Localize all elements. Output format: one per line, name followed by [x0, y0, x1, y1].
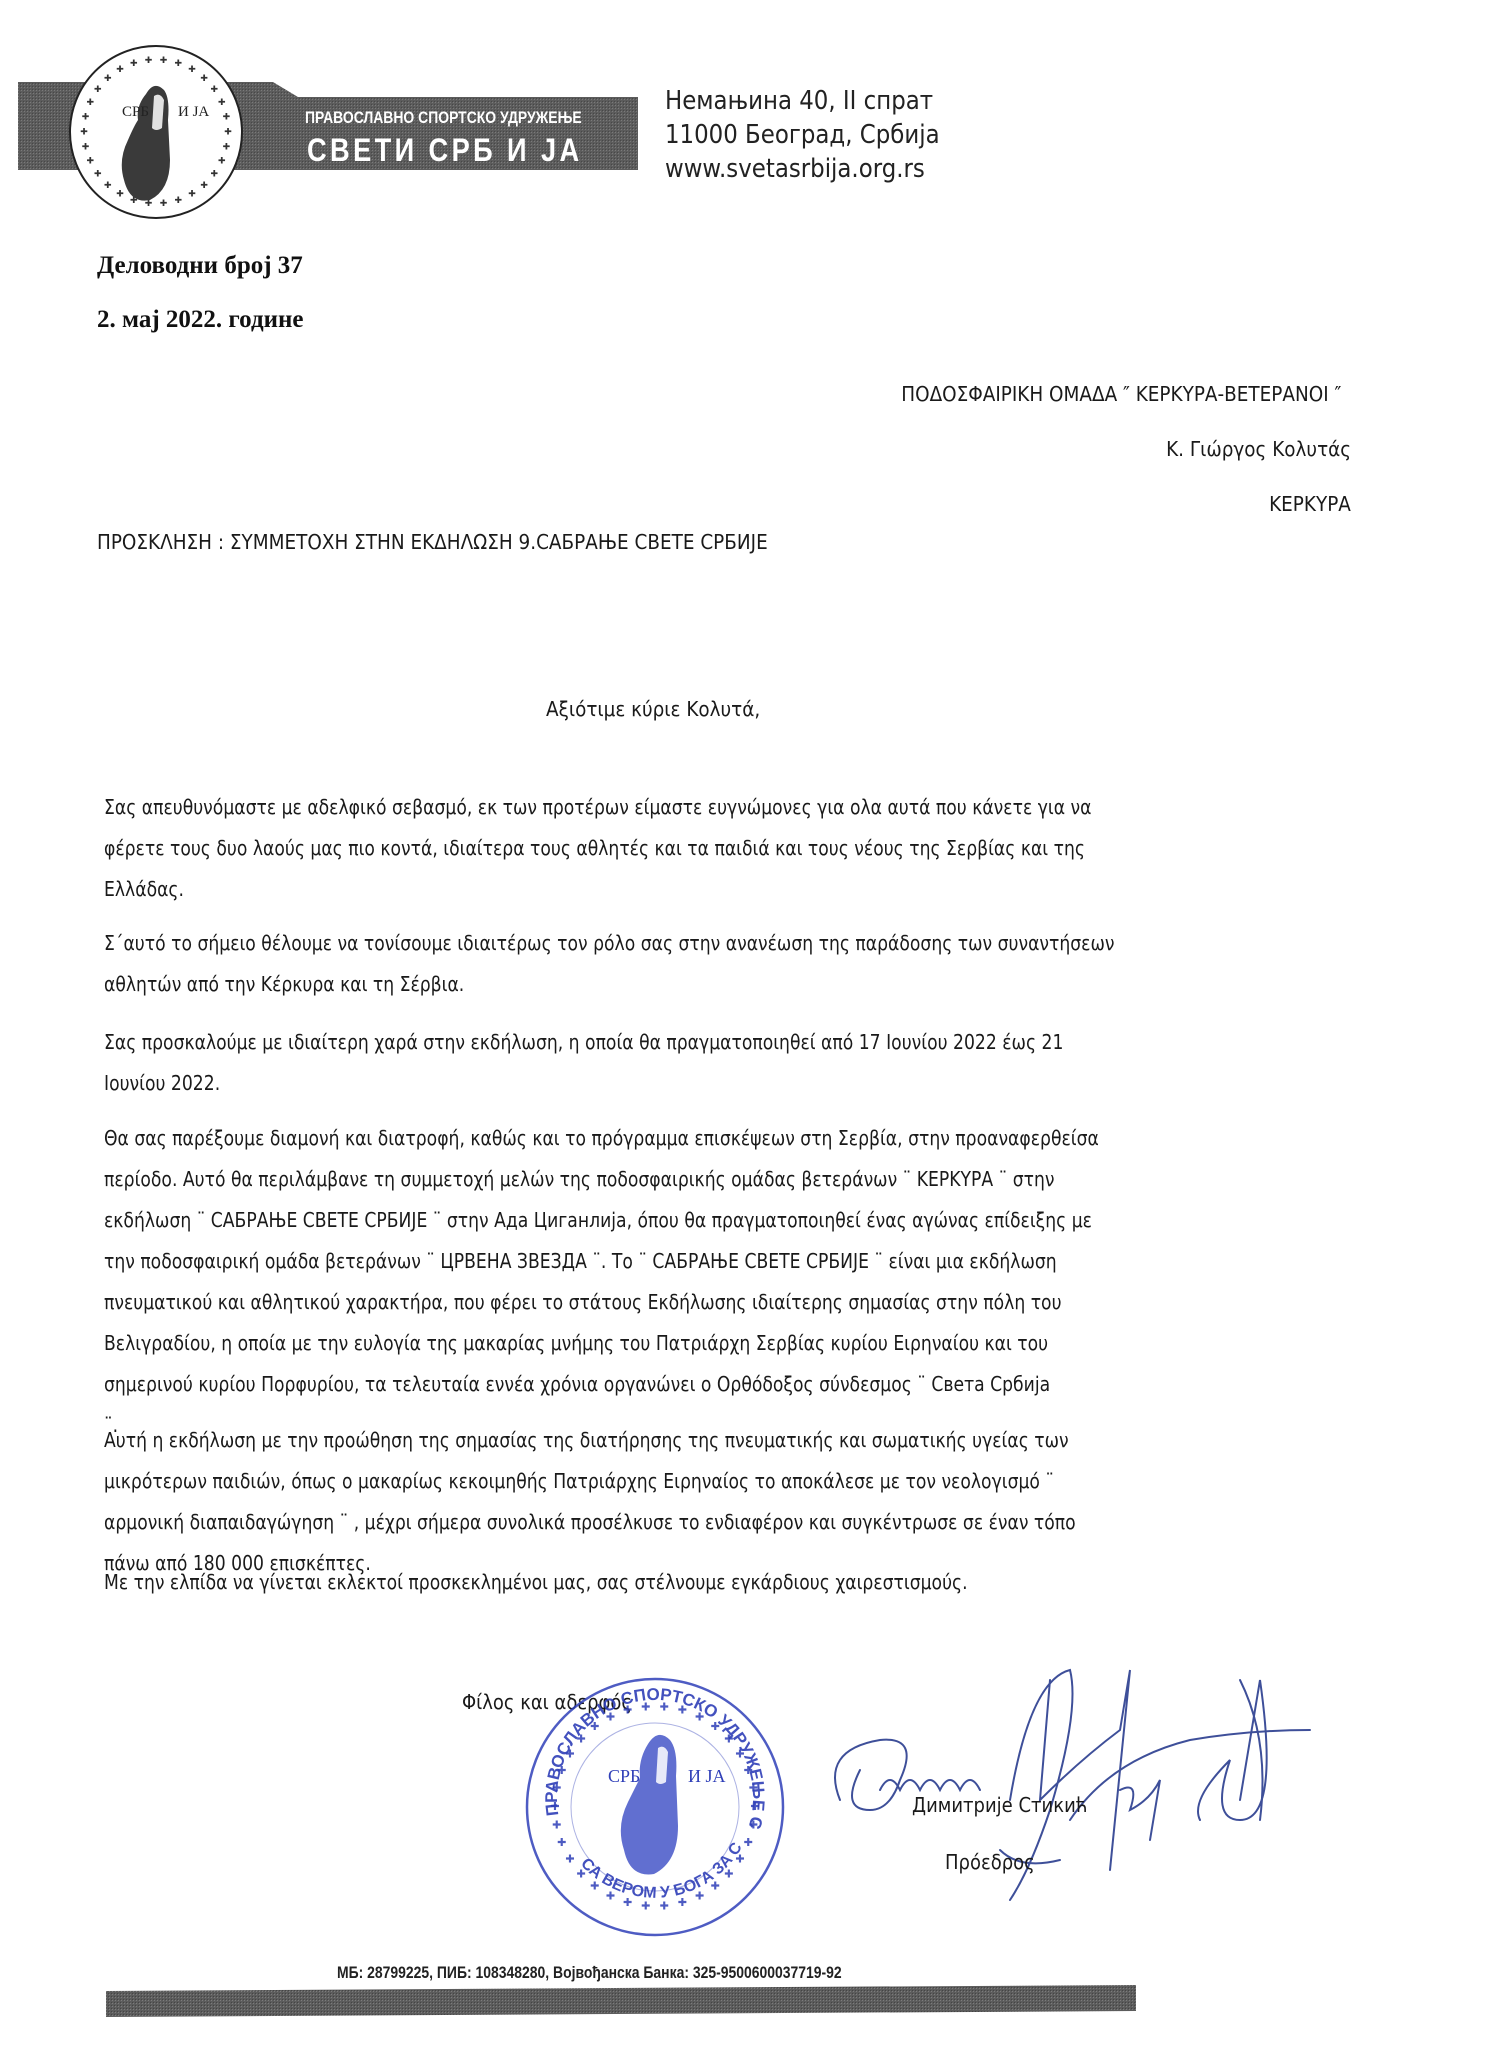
svg-text:✚: ✚ — [744, 1765, 753, 1777]
footer-bar — [106, 1985, 1136, 2017]
svg-text:✚: ✚ — [749, 1819, 758, 1831]
website-link[interactable]: www.svetasrbija.org.rs — [665, 154, 925, 184]
svg-text:✚: ✚ — [590, 1881, 599, 1893]
stamp-right-text: И ЈА — [688, 1766, 726, 1786]
body-paragraph: Σας προσκαλούμε με ιδιαίτερη χαρά στην ε… — [104, 1022, 1404, 1104]
logo-right-text: И ЈА — [178, 104, 209, 120]
body-paragraph: Με την ελπίδα να γίνεται εκλεκτοί προσκε… — [104, 1562, 1404, 1603]
svg-text:✚: ✚ — [576, 1734, 585, 1746]
letterhead: ПРАВОСЛАВНО СПОРТСКО УДРУЖЕЊЕ СВЕТИ СРБ … — [0, 0, 1491, 230]
paragraph-line: περίοδο. Αυτό θα περιλάμβανε τη συμμετοχ… — [104, 1159, 1222, 1200]
signature-icon — [820, 1650, 1320, 1910]
svg-text:✚: ✚ — [550, 1801, 559, 1813]
svg-text:✚: ✚ — [200, 73, 208, 83]
svg-text:✚: ✚ — [606, 1890, 615, 1902]
paragraph-line: πνευματικού και αθλητικού χαρακτήρα, που… — [104, 1282, 1222, 1323]
svg-text:✚: ✚ — [200, 180, 208, 190]
svg-text:✚: ✚ — [174, 195, 182, 205]
svg-text:✚: ✚ — [94, 84, 102, 94]
org-name: СВЕТИ СРБ И ЈА — [307, 132, 583, 169]
svg-text:✚: ✚ — [590, 1721, 599, 1733]
paragraph-line: Βελιγραδίου, η οποία με την ευλογία της … — [104, 1323, 1222, 1364]
paragraph-line: αθλητών από την Κέρκυρα και τη Σέρβια. — [104, 964, 1222, 1005]
svg-text:✚: ✚ — [641, 1900, 650, 1912]
svg-text:✚: ✚ — [116, 64, 124, 74]
svg-text:✚: ✚ — [104, 180, 112, 190]
svg-text:✚: ✚ — [735, 1854, 744, 1866]
svg-text:✚: ✚ — [552, 1783, 561, 1795]
paragraph-line: Ελλάδας. — [104, 869, 1222, 910]
svg-text:✚: ✚ — [695, 1890, 704, 1902]
paragraph-line: Ιουνίου 2022. — [104, 1063, 1222, 1104]
paragraph-line: μικρότερων παιδιών, όπως ο μακαρίως κεκο… — [104, 1461, 1222, 1502]
svg-text:✚: ✚ — [104, 73, 112, 83]
paragraph-line: Αυτή η εκδήλωση με την προώθηση της σημα… — [104, 1420, 1222, 1461]
svg-text:✚: ✚ — [724, 1868, 733, 1880]
svg-text:✚: ✚ — [174, 58, 182, 68]
svg-text:✚: ✚ — [660, 1900, 669, 1912]
svg-text:✚: ✚ — [576, 1868, 585, 1880]
svg-text:✚: ✚ — [724, 1734, 733, 1746]
svg-text:✚: ✚ — [678, 1705, 687, 1717]
svg-text:✚: ✚ — [744, 1837, 753, 1849]
svg-text:✚: ✚ — [82, 141, 90, 151]
address-city: 11000 Београд, Србија — [665, 120, 940, 150]
svg-text:✚: ✚ — [606, 1711, 615, 1723]
svg-text:✚: ✚ — [80, 126, 88, 136]
svg-text:✚: ✚ — [86, 97, 94, 107]
recipient-person: Κ. Γιώργος Κολυτάς — [1166, 437, 1351, 461]
svg-text:✚: ✚ — [218, 97, 226, 107]
svg-text:✚: ✚ — [94, 169, 102, 179]
svg-text:✚: ✚ — [223, 141, 231, 151]
svg-text:✚: ✚ — [86, 156, 94, 166]
svg-text:✚: ✚ — [735, 1748, 744, 1760]
svg-text:✚: ✚ — [660, 1701, 669, 1713]
svg-text:✚: ✚ — [218, 156, 226, 166]
paragraph-line: Σ΄αυτό το σήμειο θέλουμε να τονίσουμε ιδ… — [104, 923, 1222, 964]
paragraph-line: φέρετε τους δυο λαούς μας πιο κοντά, ιδι… — [104, 828, 1222, 869]
paragraph-line: Σας απευθυνόμαστε με αδελφικό σεβασμό, ε… — [104, 787, 1222, 828]
svg-text:✚: ✚ — [160, 55, 168, 65]
svg-text:✚: ✚ — [160, 198, 168, 208]
svg-text:✚: ✚ — [210, 84, 218, 94]
svg-text:✚: ✚ — [749, 1783, 758, 1795]
svg-text:✚: ✚ — [82, 111, 90, 121]
reference-date: 2. мај 2022. године — [97, 306, 304, 334]
body-paragraph: Αυτή η εκδήλωση με την προώθηση της σημα… — [104, 1420, 1404, 1584]
body-paragraph: Σ΄αυτό το σήμειο θέλουμε να τονίσουμε ιδ… — [104, 923, 1404, 1005]
svg-text:✚: ✚ — [130, 58, 138, 68]
logo-emblem-icon: ✚✚✚✚✚✚✚✚✚✚✚✚✚✚✚✚✚✚✚✚✚✚✚✚✚✚✚✚✚✚ СРБ И ЈА — [68, 44, 244, 220]
svg-text:✚: ✚ — [552, 1819, 561, 1831]
body-paragraph: Σας απευθυνόμαστε με αδελφικό σεβασμό, ε… — [104, 787, 1404, 910]
signer-name: Димитрије Стикић — [912, 1793, 1088, 1817]
recipient-city: ΚΕΡΚΥΡΑ — [1269, 492, 1351, 516]
org-subtitle: ПРАВОСЛАВНО СПОРТСКО УДРУЖЕЊЕ — [305, 108, 582, 128]
svg-text:✚: ✚ — [565, 1854, 574, 1866]
paragraph-line: αρμονική διαπαιδαγώγηση ¨ , μέχρι σήμερα… — [104, 1502, 1222, 1543]
svg-text:✚: ✚ — [695, 1711, 704, 1723]
paragraph-line: Σας προσκαλούμε με ιδιαίτερη χαρά στην ε… — [104, 1022, 1222, 1063]
svg-text:✚: ✚ — [711, 1881, 720, 1893]
paragraph-line: την ποδοσφαιρική ομάδα βετεράνων ¨ ЦРВЕН… — [104, 1241, 1222, 1282]
svg-text:✚: ✚ — [623, 1897, 632, 1909]
svg-text:✚: ✚ — [750, 1801, 759, 1813]
official-stamp-icon: ПРАВОСЛАВНО СПОРТСКО УДРУЖЕЊЕ СВЕТИ СРБ … — [520, 1672, 790, 1942]
body-paragraph: Θα σας παρέξουμε διαμονή και διατροφή, κ… — [104, 1118, 1404, 1446]
stamp-left-text: СРБ — [608, 1766, 640, 1786]
svg-text:✚: ✚ — [145, 55, 153, 65]
paragraph-line: Με την ελπίδα να γίνεται εκλεκτοί προσκε… — [104, 1562, 1222, 1603]
svg-text:✚: ✚ — [678, 1897, 687, 1909]
svg-text:✚: ✚ — [623, 1705, 632, 1717]
reference-number: Деловодни број 37 — [97, 252, 303, 280]
paragraph-line: Θα σας παρέξουμε διαμονή και διατροφή, κ… — [104, 1118, 1222, 1159]
svg-text:✚: ✚ — [711, 1721, 720, 1733]
salutation: Αξιότιμε κύριε Κολυτά, — [546, 697, 760, 721]
address-street: Немањина 40, II спрат — [665, 86, 933, 116]
svg-text:✚: ✚ — [210, 169, 218, 179]
logo-left-text: СРБ — [122, 104, 149, 120]
svg-text:✚: ✚ — [188, 189, 196, 199]
paragraph-line: εκδήλωση ¨ САБРАЊЕ СВЕТЕ СРБИЈЕ ¨ στην А… — [104, 1200, 1222, 1241]
svg-text:✚: ✚ — [188, 64, 196, 74]
svg-text:✚: ✚ — [557, 1765, 566, 1777]
subject-line: ΠΡΟΣΚΛΗΣΗ : ΣΥΜΜΕΤΟΧΗ ΣΤΗΝ ΕΚΔΗΛΩΣΗ 9.СА… — [97, 530, 768, 554]
svg-text:✚: ✚ — [116, 189, 124, 199]
svg-text:✚: ✚ — [641, 1701, 650, 1713]
paragraph-line: σημερινού κυρίου Πορφυρίου, τα τελευταία… — [104, 1364, 1222, 1405]
footer-registration: МБ: 28799225, ПИБ: 108348280, Војвођанск… — [337, 1963, 842, 1983]
svg-text:✚: ✚ — [223, 111, 231, 121]
svg-text:✚: ✚ — [557, 1837, 566, 1849]
svg-text:✚: ✚ — [565, 1748, 574, 1760]
signer-role: Πρόεδρος — [945, 1850, 1035, 1874]
svg-text:✚: ✚ — [224, 126, 232, 136]
recipient-organization: ΠΟΔΟΣΦΑΙΡΙΚΗ ΟΜΑΔΑ ″ ΚΕΡΚΥΡΑ-ΒΕΤΕΡΑΝΟΙ ″ — [901, 382, 1341, 406]
